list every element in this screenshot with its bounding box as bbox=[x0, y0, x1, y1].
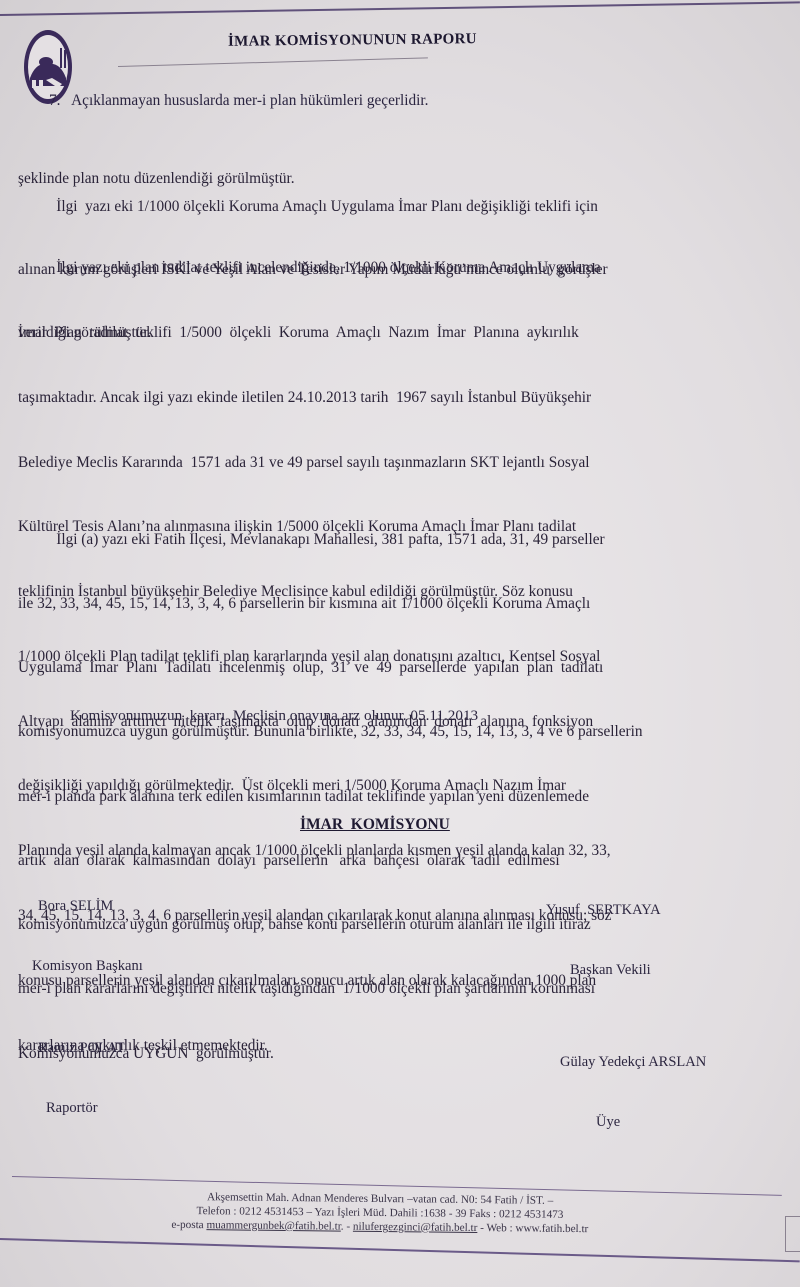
footer-divider-bottom bbox=[0, 1238, 800, 1262]
signatory-name: Yusuf SERTKAYA bbox=[546, 900, 661, 920]
committee-title: İMAR KOMİSYONU bbox=[300, 816, 450, 834]
text-line: taşımaktadır. Ancak ilgi yazı ekinde ile… bbox=[18, 387, 611, 409]
signatory-role: Başkan Vekili bbox=[570, 960, 661, 980]
page-top-border bbox=[0, 1, 800, 16]
plan-note-item-7: 7. Açıklanmayan hususlarda mer-i plan hü… bbox=[49, 92, 428, 110]
email-link-2[interactable]: nilufergezginci@fatih.bel.tr bbox=[353, 1221, 478, 1234]
text-line: mer-i planda park alanına terk edilen kı… bbox=[18, 786, 643, 807]
signatory-rapporteur: Ramiz POLAT Raportör bbox=[38, 998, 125, 1158]
signatory-role: Komisyon Başkanı bbox=[32, 956, 143, 976]
signatory-vice-chair: Yusuf SERTKAYA Başkan Vekili bbox=[546, 860, 661, 1020]
signatory-name: Gülay Yedekçi ARSLAN bbox=[560, 1052, 706, 1072]
text-line: İlgi yazı eki plan tadilat teklifi incel… bbox=[18, 257, 611, 279]
signoff-statement: Komisyonumuzun kararı Meclisin onayına a… bbox=[70, 707, 478, 725]
email-label: e-posta bbox=[171, 1219, 203, 1231]
signatory-member: Gülay Yedekçi ARSLAN Üye bbox=[560, 1012, 706, 1172]
email-separator: . - bbox=[341, 1221, 353, 1233]
text-line: İmar Plan tadilat teklifi 1/5000 ölçekli… bbox=[18, 322, 611, 344]
text-line: Uygulama İmar Planı Tadilatı incelenmiş … bbox=[18, 657, 643, 678]
signatory-role: Üye bbox=[596, 1112, 706, 1132]
signatory-chair: Bora SELİM Komisyon Başkanı bbox=[38, 856, 143, 1016]
text-line: İlgi (a) yazı eki Fatih İlçesi, Mevlanak… bbox=[18, 529, 643, 550]
header-divider bbox=[118, 57, 428, 67]
signatory-name: Ramiz POLAT bbox=[38, 1038, 125, 1058]
web-address: - Web : www.fatih.bel.tr bbox=[477, 1222, 588, 1235]
email-link-1[interactable]: muammergunbek@fatih.bel.tr bbox=[206, 1219, 340, 1232]
text-line: Belediye Meclis Kararında 1571 ada 31 ve… bbox=[18, 452, 611, 474]
text-line: ile 32, 33, 34, 45, 15, 14, 13, 3, 4, 6 … bbox=[18, 593, 643, 614]
document-page: İMAR KOMİSYONUNUN RAPORU 7. Açıklanmayan… bbox=[0, 0, 800, 1287]
signatory-name: Bora SELİM bbox=[38, 896, 143, 916]
footer-contact: Akşemsettin Mah. Adnan Menderes Bulvarı … bbox=[80, 1189, 680, 1237]
report-title: İMAR KOMİSYONUNUN RAPORU bbox=[228, 30, 568, 51]
signatory-role: Raportör bbox=[46, 1098, 125, 1118]
page-margin-box bbox=[785, 1216, 800, 1252]
